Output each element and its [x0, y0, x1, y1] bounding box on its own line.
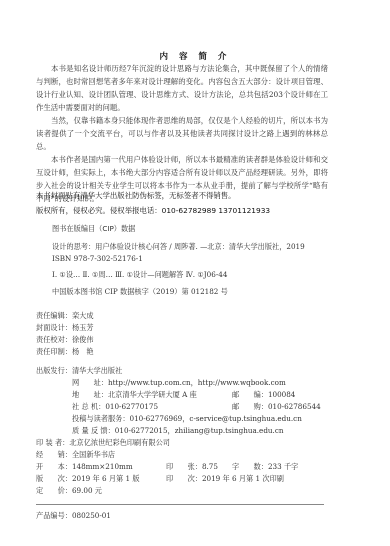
- publisher-address: 地 址：北京清华大学学研大厦 A 座: [72, 390, 197, 400]
- publisher-postcode: 邮 编：100084: [232, 390, 295, 400]
- staff-value: 杨 艳: [72, 347, 94, 356]
- staff-row: 责任印制：杨 艳: [36, 347, 94, 357]
- publisher-row: 出版发行：清华大学出版社: [36, 366, 122, 376]
- publisher-reader-service: 投稿与读者服务：010-62776969，c-service@tup.tsing…: [72, 414, 302, 424]
- staff-label: 封面设计：: [36, 323, 72, 332]
- cip-isbn: ISBN 978-7-302-52176-1: [52, 254, 143, 263]
- staff-label: 责任印制：: [36, 347, 72, 356]
- cip-classification: Ⅰ. ①设… Ⅱ. ①周… Ⅲ. ①设计—问题解答 Ⅳ. ①J06-44: [52, 270, 227, 280]
- staff-row: 责任校对：徐俊伟: [36, 335, 94, 345]
- publisher-label: 出版发行：: [36, 366, 72, 375]
- summary-paragraph: 当然，仅靠书籍本身只能体现作者思维的局部，仅仅是个人经验的切片，所以本书为读者提…: [36, 114, 328, 153]
- word-count: 字 数：233 千字: [232, 462, 298, 472]
- staff-label: 责任编辑：: [36, 311, 72, 320]
- cip-record: 中国版本图书馆 CIP 数据核字（2019）第 012182 号: [52, 287, 228, 297]
- printing: 印 次：2019 年 6 月第 1 次印刷: [166, 474, 284, 484]
- publisher-name: 清华大学出版社: [72, 366, 122, 375]
- divider: [36, 504, 324, 505]
- price: 定 价：69.00 元: [36, 486, 102, 496]
- publisher-mail-order: 邮 购：010-62786544: [232, 402, 321, 412]
- cip-heading: 图书在版编目（CIP）数据: [52, 224, 135, 234]
- summary-paragraph: 本书是知名设计师历经7年沉淀的设计思路与方法论集合，其中既保留了个人的情绪与判断…: [36, 62, 328, 114]
- printed-sheets: 印 张：8.75: [166, 462, 218, 472]
- publisher-switchboard: 社 总 机：010-62770175: [72, 402, 158, 412]
- publisher-website: 网 址：http://www.tup.com.cn，http://www.wqb…: [72, 378, 286, 388]
- edition: 版 次：2019 年 6 月第 1 版: [36, 474, 140, 484]
- anti-counterfeit-notice: 本书封面贴有清华大学出版社防伪标签，无标签者不得销售。: [36, 190, 236, 201]
- publisher-quality-feedback: 质 量 反 馈：010-62772015，zhiliang@tup.tsingh…: [72, 426, 284, 436]
- staff-label: 责任校对：: [36, 335, 72, 344]
- staff-row: 封面设计：杨玉芳: [36, 323, 94, 333]
- book-format: 开 本：148mm×210mm: [36, 462, 133, 472]
- summary-body: 本书是知名设计师历经7年沉淀的设计思路与方法论集合，其中既保留了个人的情绪与判断…: [36, 62, 328, 205]
- staff-value: 徐俊伟: [72, 335, 94, 344]
- copyright-notice: 版权所有，侵权必究。侵权举报电话：010-62782989 1370112193…: [36, 205, 270, 216]
- printer: 印 装 者：北京亿浓世纪彩色印刷有限公司: [36, 438, 170, 448]
- staff-value: 栾大成: [72, 311, 94, 320]
- distributor: 经 销：全国新华书店: [36, 450, 115, 460]
- summary-title: 内 容 简 介: [0, 50, 390, 62]
- cip-entry: 设计的思考：用户体验设计核心问答 / 周陟著. —北京：清华大学出版社，2019: [52, 242, 305, 252]
- product-code: 产品编号：080250-01: [36, 511, 111, 521]
- staff-value: 杨玉芳: [72, 323, 94, 332]
- staff-row: 责任编辑：栾大成: [36, 311, 94, 321]
